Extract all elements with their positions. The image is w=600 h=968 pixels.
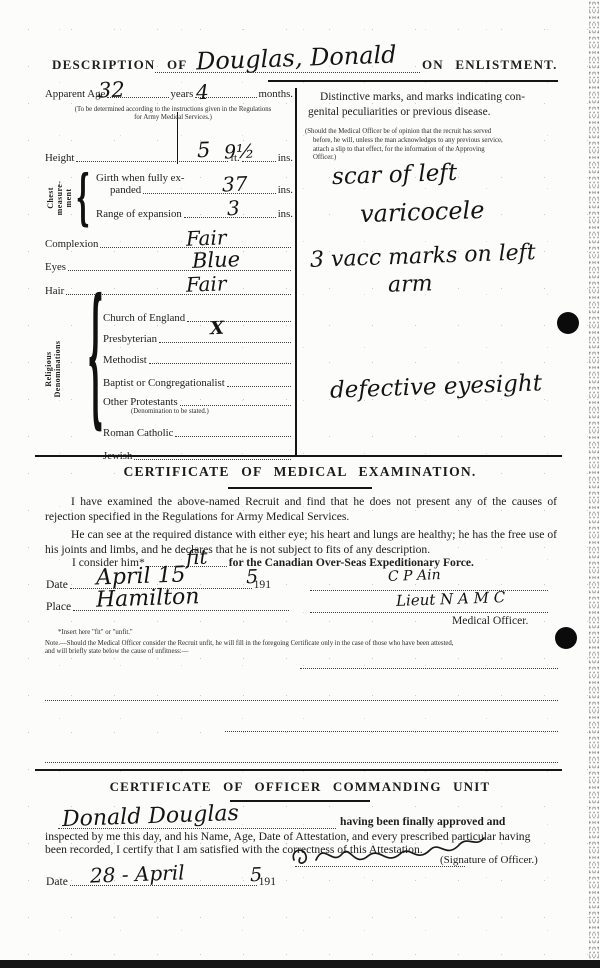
scan-edge-noise bbox=[588, 0, 600, 968]
medical-year-value: 5 bbox=[246, 566, 259, 588]
medical-certificate-title: CERTIFICATE OF MEDICAL EXAMINATION. bbox=[0, 464, 600, 480]
religion-row-jewish: Jewish bbox=[103, 439, 293, 462]
hair-label: Hair bbox=[45, 285, 64, 297]
religion-label: Baptist or Congregationalist bbox=[103, 377, 225, 389]
marks-entry-2: varicocele bbox=[360, 196, 485, 228]
religion-leader bbox=[149, 363, 291, 364]
girth-value: 37 bbox=[222, 172, 248, 197]
girth-row: panded ins. bbox=[110, 184, 293, 196]
scanned-enlistment-form: DESCRIPTION OF Douglas, Donald ON ENLIST… bbox=[0, 0, 600, 968]
religion-label: Church of England bbox=[103, 312, 185, 324]
religion-leader bbox=[180, 405, 291, 406]
eyes-label: Eyes bbox=[45, 261, 66, 273]
girth-label-line2: panded bbox=[110, 184, 141, 196]
blank-line-4 bbox=[45, 760, 558, 763]
range-value: 3 bbox=[227, 196, 241, 220]
religion-leader bbox=[227, 386, 291, 387]
hair-row: Hair bbox=[45, 285, 293, 297]
chest-group-brace: { bbox=[76, 163, 90, 233]
height-inches-value: 9½ bbox=[224, 140, 255, 163]
religion-row-methodist: Methodist bbox=[103, 345, 293, 366]
officer-title-rule bbox=[230, 800, 370, 802]
note-line1: (Should the Medical Officer be of opinio… bbox=[305, 128, 561, 137]
medical-place-label: Place bbox=[46, 600, 71, 613]
distinctive-marks-line1: Distinctive marks, and marks indicating … bbox=[308, 90, 560, 105]
girth-leader bbox=[143, 193, 276, 194]
height-label: Height bbox=[45, 152, 74, 164]
name-leader-line bbox=[155, 70, 420, 73]
blank-line-2 bbox=[45, 698, 558, 701]
religion-label-line2: Denominations bbox=[53, 300, 62, 438]
medical-paragraph-1: I have examined the above-named Recruit … bbox=[45, 494, 557, 525]
officer-date-label: Date bbox=[46, 875, 68, 888]
age-months-value: 4 bbox=[196, 80, 210, 104]
medical-signature-2: Lieut N A M C bbox=[396, 588, 506, 610]
hole-punch-bottom bbox=[555, 627, 577, 649]
range-unit: ins. bbox=[278, 208, 293, 220]
officer-certificate-title: CERTIFICATE OF OFFICER COMMANDING UNIT bbox=[0, 779, 600, 795]
distinctive-marks-line2: genital peculiarities or previous diseas… bbox=[308, 105, 560, 120]
medical-place-value: Hamilton bbox=[96, 584, 200, 613]
religion-label: Roman Catholic bbox=[103, 427, 173, 439]
complexion-label: Complexion bbox=[45, 238, 98, 250]
hair-value: Fair bbox=[186, 271, 227, 296]
other-protestants-note: (Denomination to be stated.) bbox=[131, 408, 293, 417]
served-before-note: (Should the Medical Officer be of opinio… bbox=[305, 128, 561, 163]
officer-signature-label: (Signature of Officer.) bbox=[440, 854, 538, 866]
medical-title-rule bbox=[228, 487, 372, 489]
religion-label: Other Protestants bbox=[103, 396, 178, 408]
religion-row-other-protestants: Other Protestants bbox=[103, 389, 293, 408]
officer-para-rest: having been finally approved and bbox=[340, 815, 505, 828]
section-divider-medical bbox=[35, 455, 562, 457]
eyes-row: Eyes bbox=[45, 261, 293, 273]
religion-leader bbox=[187, 321, 291, 322]
blank-line-3 bbox=[225, 729, 558, 732]
height-feet-value: 5 bbox=[197, 138, 211, 162]
medical-officer-label: Medical Officer. bbox=[452, 614, 528, 627]
marks-entry-3: 3 vacc marks on left bbox=[310, 240, 536, 273]
religion-label: Methodist bbox=[103, 354, 147, 366]
religion-leader bbox=[134, 459, 291, 460]
chest-label-line2: measure- bbox=[55, 170, 64, 226]
religion-row-church-of-england: Church of England bbox=[103, 303, 293, 324]
years-label: years bbox=[171, 88, 194, 100]
hole-punch-top bbox=[557, 312, 579, 334]
religion-group-label: Religious Denominations bbox=[44, 300, 62, 438]
medical-paragraph-2: He can see at the required distance with… bbox=[45, 527, 557, 558]
religion-row-roman-catholic: Roman Catholic bbox=[103, 417, 293, 439]
ins-label: ins. bbox=[278, 152, 293, 164]
religion-leader bbox=[175, 436, 291, 437]
header-underline bbox=[268, 80, 558, 82]
unfit-note-line2: and will briefly state below the cause o… bbox=[45, 648, 560, 657]
religion-row-presbyterian: Presbyterian bbox=[103, 324, 293, 345]
medical-signature-1: C P Ain bbox=[388, 567, 441, 585]
religion-list: Church of England Presbyterian Methodist… bbox=[103, 303, 293, 462]
medical-date-label: Date bbox=[46, 578, 68, 591]
chest-label-line1: Chest bbox=[46, 170, 55, 226]
chest-group-label: Chest measure- ment bbox=[46, 170, 74, 226]
eyes-value: Blue bbox=[192, 247, 241, 273]
religion-group-brace: { bbox=[87, 266, 103, 442]
complexion-row: Complexion bbox=[45, 238, 293, 250]
religion-label-line1: Religious bbox=[44, 300, 53, 438]
religion-leader bbox=[159, 342, 291, 343]
religion-row-baptist: Baptist or Congregationalist bbox=[103, 366, 293, 389]
form-title-suffix: ON ENLISTMENT. bbox=[422, 57, 558, 73]
column-divider bbox=[295, 88, 297, 456]
girth-unit: ins. bbox=[278, 184, 293, 196]
marks-entry-4: arm bbox=[388, 271, 433, 298]
blank-line-1 bbox=[300, 666, 558, 669]
marks-entry-1: scar of left bbox=[332, 160, 458, 190]
distinctive-marks-heading: Distinctive marks, and marks indicating … bbox=[308, 90, 560, 120]
fit-unfit-footnote: *Insert here "fit" or "unfit." bbox=[58, 629, 133, 638]
range-row: Range of expansion ins. bbox=[96, 208, 293, 220]
chest-label-line3: ment bbox=[64, 170, 73, 226]
officer-date-value: 28 - April bbox=[90, 860, 185, 887]
note-line3: attach a slip to that effect, for the in… bbox=[305, 146, 561, 155]
scan-bottom-band bbox=[0, 960, 600, 968]
note-line2: before, he will, unless the man acknowle… bbox=[305, 137, 561, 146]
section-divider-officer bbox=[35, 769, 562, 771]
range-label: Range of expansion bbox=[96, 208, 182, 220]
months-label: months. bbox=[259, 88, 294, 100]
age-footnote-line2: for Army Medical Services.) bbox=[48, 114, 298, 123]
religion-label: Presbyterian bbox=[103, 333, 157, 345]
consider-fit-value: fit bbox=[186, 545, 208, 570]
age-years-value: 32 bbox=[98, 78, 126, 103]
apparent-age-row: Apparent Age years months. bbox=[45, 88, 293, 100]
medical-signature-line-2 bbox=[310, 610, 548, 613]
marks-entry-5: defective eyesight bbox=[330, 370, 543, 403]
officer-year-value: 5 bbox=[250, 864, 263, 886]
presbyterian-x-mark: X bbox=[210, 318, 225, 339]
apparent-age-label: Apparent Age bbox=[45, 88, 105, 100]
girth-label-line1: Girth when fully ex- bbox=[96, 172, 184, 184]
